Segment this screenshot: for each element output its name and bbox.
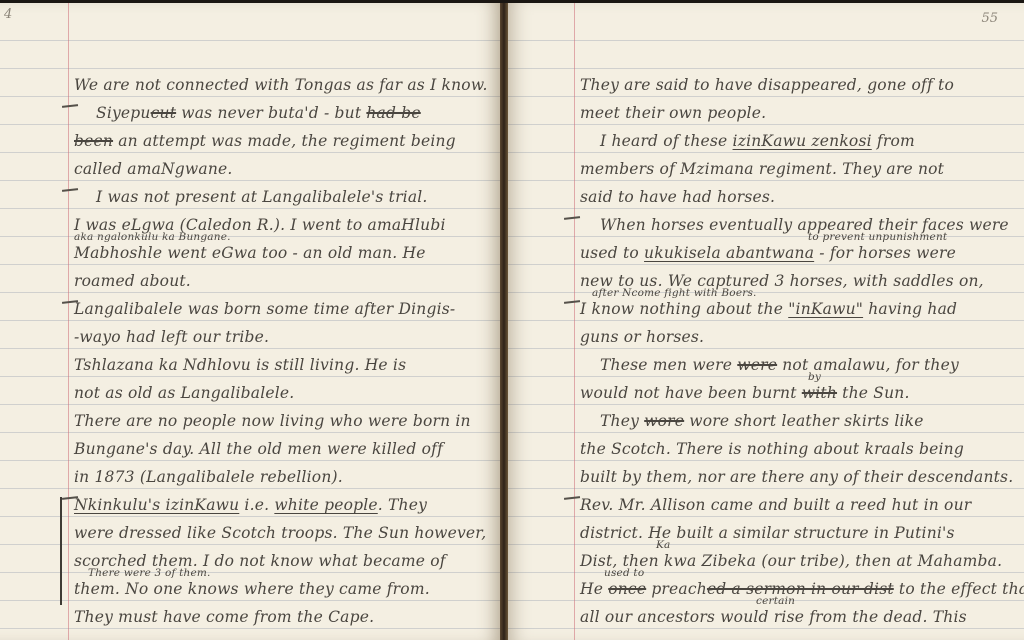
text-line: after Ncome fight with Boers.I know noth…: [508, 295, 1024, 323]
text-line: Tshlazana ka Ndhlovu is still living. He…: [0, 351, 500, 379]
text-span: wore short leather skirts like: [684, 412, 923, 430]
text-line: roamed about.: [0, 267, 500, 295]
text-span: They: [600, 412, 644, 430]
underlined-term: Nkinkulu's izinKawu: [74, 496, 239, 514]
text-span: used to: [580, 244, 644, 262]
text-line: Siyepucut was never buta'd - but had be: [0, 99, 500, 127]
paragraph-dash-mark: [62, 104, 78, 107]
text-span: Tshlazana ka Ndhlovu is still living. He…: [74, 356, 406, 374]
text-span: meet their own people.: [580, 104, 766, 122]
text-span: said to have had horses.: [580, 188, 775, 206]
text-span: an attempt was made, the regiment being: [113, 132, 456, 150]
interlinear-note: by: [808, 371, 821, 383]
text-line: not as old as Langalibalele.: [0, 379, 500, 407]
text-span: would not have been burnt: [580, 384, 802, 402]
text-span: guns or horses.: [580, 328, 704, 346]
text-span: i.e.: [239, 496, 274, 514]
struck-text: with: [802, 384, 837, 402]
handwritten-text: We are not connected with Tongas as far …: [0, 71, 500, 631]
text-line: These men were were not amalawu, for the…: [508, 351, 1024, 379]
text-span: - for horses were: [814, 244, 956, 262]
text-line: Nkinkulu's izinKawu i.e. white people. T…: [0, 491, 500, 519]
text-line: They must have come from the Cape.: [0, 603, 500, 631]
underlined-term: "inKawu": [788, 300, 863, 318]
text-line: There are no people now living who were …: [0, 407, 500, 435]
text-span: the Scotch. There is nothing about kraal…: [580, 440, 964, 458]
text-line: called amaNgwane.: [0, 155, 500, 183]
text-span: They must have come from the Cape.: [74, 608, 374, 626]
text-line: district. He built a similar structure i…: [508, 519, 1024, 547]
text-span: preach: [646, 580, 707, 598]
struck-text: once: [608, 580, 646, 598]
page-number: 55: [981, 11, 998, 26]
text-span: having had: [863, 300, 957, 318]
text-span: roamed about.: [74, 272, 191, 290]
text-line: the Scotch. There is nothing about kraal…: [508, 435, 1024, 463]
text-line: in 1873 (Langalibalele rebellion).: [0, 463, 500, 491]
text-line: They are said to have disappeared, gone …: [508, 71, 1024, 99]
text-line: Bungane's day. All the old men were kill…: [0, 435, 500, 463]
struck-text: ed a sermon in our dist: [707, 580, 894, 598]
struck-text: wore: [644, 412, 684, 430]
interlinear-note: certain: [756, 595, 795, 607]
text-line: They wore wore short leather skirts like: [508, 407, 1024, 435]
text-span: from: [872, 132, 915, 150]
text-span: Siyepu: [96, 104, 151, 122]
text-span: the Sun.: [837, 384, 910, 402]
text-span: was never buta'd - but: [176, 104, 366, 122]
text-span: built by them, nor are there any of thei…: [580, 468, 1013, 486]
text-line: certainall our ancestors would rise from…: [508, 603, 1024, 631]
paragraph-dash-mark: [62, 188, 78, 191]
text-span: There are no people now living who were …: [74, 412, 471, 430]
text-line: aka ngalonkulu ka Bungane.Mabhoshle went…: [0, 239, 500, 267]
paragraph-dash-mark: [564, 300, 580, 303]
text-span: to the effect that: [894, 580, 1024, 598]
text-span: We are not connected with Tongas as far …: [74, 76, 488, 94]
text-span: Rev. Mr. Allison came and built a reed h…: [580, 496, 971, 514]
underlined-term: ukukisela abantwana: [644, 244, 814, 262]
text-line: been an attempt was made, the regiment b…: [0, 127, 500, 155]
interlinear-note: There were 3 of them.: [88, 567, 211, 579]
interlinear-note: Ka: [656, 539, 671, 551]
text-span: them. No one knows where they came from.: [74, 580, 430, 598]
text-span: I was not present at Langalibalele's tri…: [96, 188, 428, 206]
text-line: I was not present at Langalibalele's tri…: [0, 183, 500, 211]
text-line: scorched them. I do not know what became…: [0, 547, 500, 575]
text-span: members of Mzimana regiment. They are no…: [580, 160, 944, 178]
text-span: in 1873 (Langalibalele rebellion).: [74, 468, 343, 486]
text-span: He: [580, 580, 608, 598]
interlinear-note: aka ngalonkulu ka Bungane.: [74, 231, 231, 243]
text-line: meet their own people.: [508, 99, 1024, 127]
underlined-term: white people: [274, 496, 377, 514]
notebook-spread: 4 We are not connected with Tongas as fa…: [0, 3, 1024, 640]
text-line: members of Mzimana regiment. They are no…: [508, 155, 1024, 183]
text-line: were dressed like Scotch troops. The Sun…: [0, 519, 500, 547]
text-line: built by them, nor are there any of thei…: [508, 463, 1024, 491]
text-span: I know nothing about the: [580, 300, 788, 318]
text-line: Rev. Mr. Allison came and built a reed h…: [508, 491, 1024, 519]
text-span: -wayo had left our tribe.: [74, 328, 269, 346]
struck-text: been: [74, 132, 113, 150]
interlinear-note: used to: [604, 567, 644, 579]
text-line: said to have had horses.: [508, 183, 1024, 211]
text-line: guns or horses.: [508, 323, 1024, 351]
text-span: Bungane's day. All the old men were kill…: [74, 440, 443, 458]
text-line: bywould not have been burnt with the Sun…: [508, 379, 1024, 407]
right-page: 55 They are said to have disappeared, go…: [508, 3, 1024, 640]
text-line: There were 3 of them.them. No one knows …: [0, 575, 500, 603]
struck-text: had be: [366, 104, 420, 122]
interlinear-note: to prevent unpunishment: [808, 231, 947, 243]
paragraph-dash-mark: [564, 496, 580, 499]
text-span: They are said to have disappeared, gone …: [580, 76, 954, 94]
text-line: -wayo had left our tribe.: [0, 323, 500, 351]
text-line: KaDist, then kwa Zibeka (our tribe), the…: [508, 547, 1024, 575]
text-line: to prevent unpunishmentused to ukukisela…: [508, 239, 1024, 267]
text-line: Langalibalele was born some time after D…: [0, 295, 500, 323]
underlined-term: izinKawu zenkosi: [733, 132, 872, 150]
text-line: We are not connected with Tongas as far …: [0, 71, 500, 99]
text-span: not amalawu, for they: [777, 356, 959, 374]
handwritten-text: They are said to have disappeared, gone …: [508, 71, 1024, 631]
left-page: 4 We are not connected with Tongas as fa…: [0, 3, 500, 640]
text-span: Langalibalele was born some time after D…: [74, 300, 455, 318]
text-span: called amaNgwane.: [74, 160, 233, 178]
struck-text: cut: [151, 104, 177, 122]
text-span: . They: [378, 496, 427, 514]
text-span: all our ancestors would rise from the de…: [580, 608, 967, 626]
struck-text: were: [737, 356, 777, 374]
paragraph-dash-mark: [564, 216, 580, 219]
interlinear-note: after Ncome fight with Boers.: [592, 287, 757, 299]
text-span: I heard of these: [600, 132, 733, 150]
text-span: were dressed like Scotch troops. The Sun…: [74, 524, 486, 542]
text-span: not as old as Langalibalele.: [74, 384, 294, 402]
text-span: Mabhoshle went eGwa too - an old man. He: [74, 244, 426, 262]
text-line: new to us. We captured 3 horses, with sa…: [508, 267, 1024, 295]
text-span: When horses eventually appeared their fa…: [600, 216, 1009, 234]
text-span: district. He built a similar structure i…: [580, 524, 955, 542]
text-line: I heard of these izinKawu zenkosi from: [508, 127, 1024, 155]
page-number: 4: [4, 7, 12, 22]
text-span: These men were: [600, 356, 737, 374]
book-gutter: [500, 3, 508, 640]
